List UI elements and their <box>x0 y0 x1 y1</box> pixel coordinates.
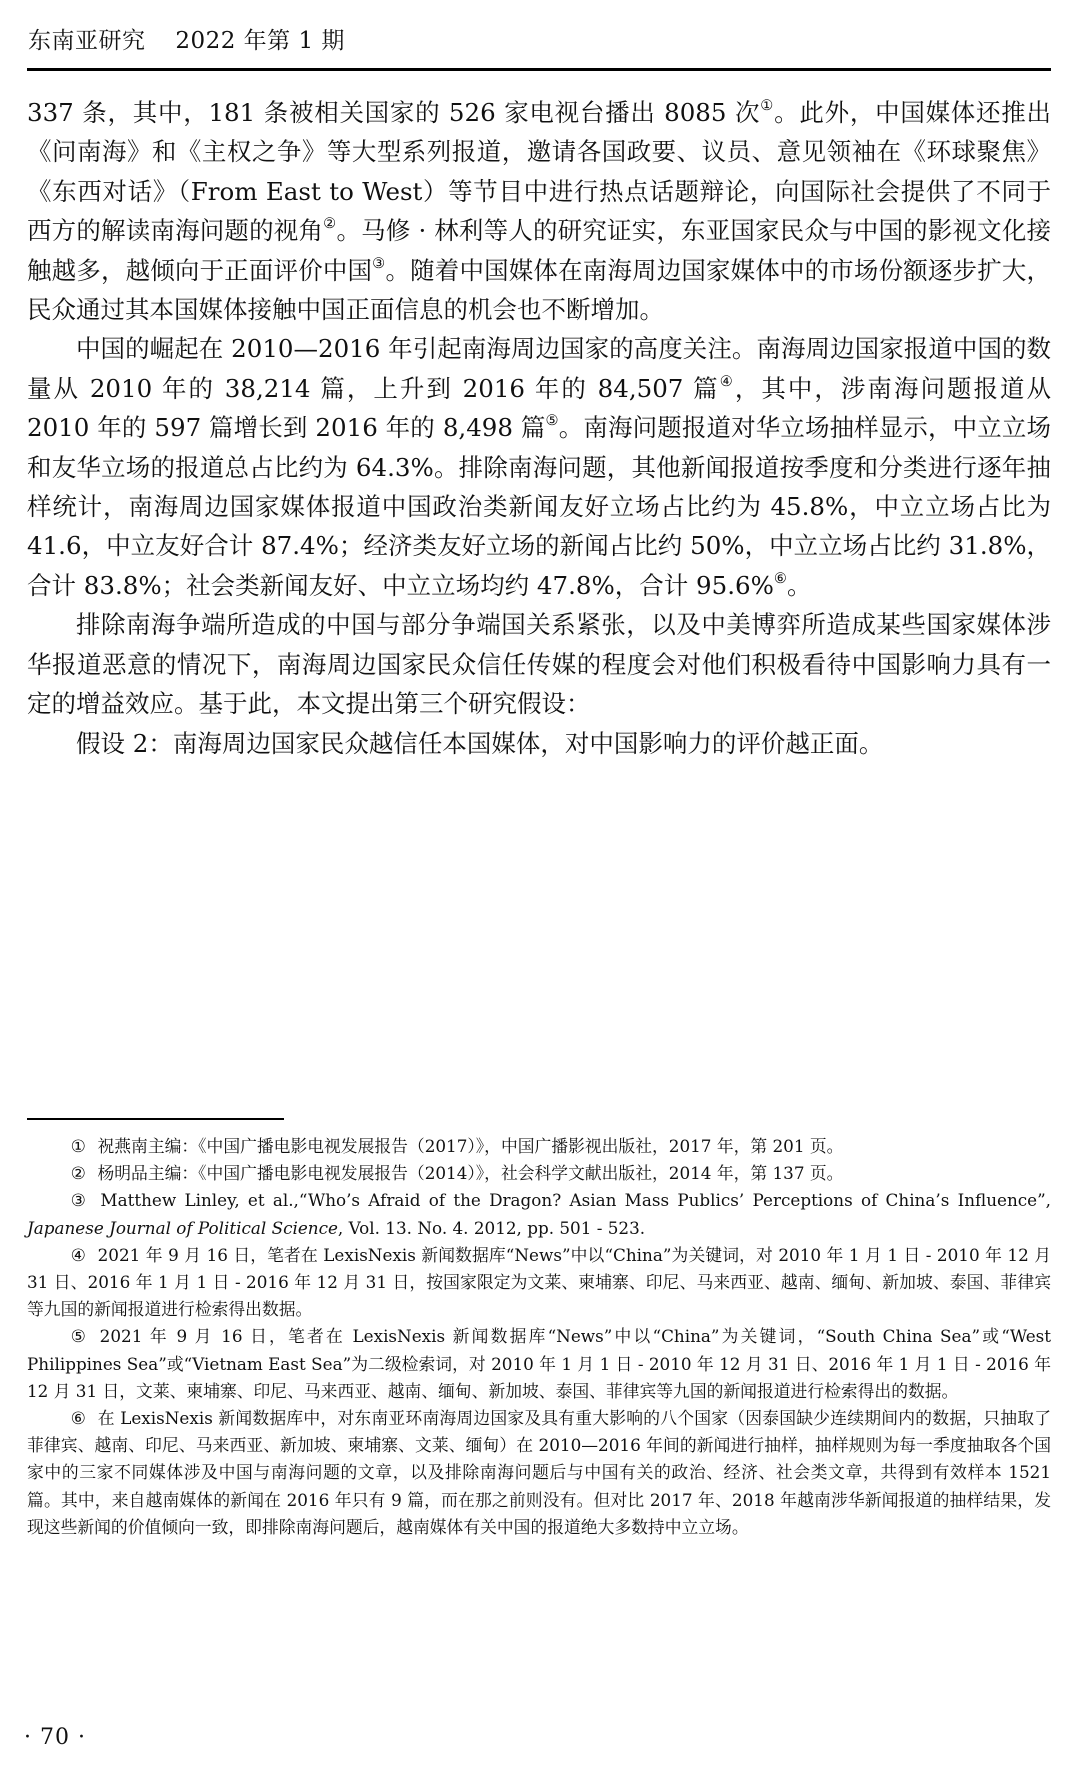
text-run: 排除南海争端所造成的中国与部分争端国关系紧张，以及中美博弈所造成某些国家媒体涉华… <box>27 610 1051 718</box>
header-rule <box>27 68 1051 71</box>
italic-title: Japanese Journal of Political Science <box>27 1218 338 1238</box>
footnote-marker: ⑥ <box>71 1408 86 1428</box>
footnote-marker: ③ <box>71 1190 89 1210</box>
page-number: · 70 · <box>24 1725 86 1750</box>
text-run: 2021 年 9 月 16 日，笔者在 LexisNexis 新闻数据库“New… <box>27 1245 1051 1319</box>
footnote-marker: ① <box>71 1136 86 1156</box>
text-run: 2021 年 9 月 16 日，笔者在 LexisNexis 新闻数据库“New… <box>27 1326 1051 1400</box>
footnote-marker: ⑤ <box>71 1326 88 1346</box>
footnote-reference[interactable]: ③ <box>372 255 385 272</box>
text-run: 337 条，其中，181 条被相关国家的 526 家电视台播出 8085 次 <box>27 98 760 127</box>
text-run: 假设 2：南海周边国家民众越信任本国媒体，对中国影响力的评价越正面。 <box>76 729 883 758</box>
footnote-reference[interactable]: ⑥ <box>774 570 787 587</box>
footnote: ②杨明品主编：《中国广播电影电视发展报告（2014）》，社会科学文献出版社，20… <box>27 1160 1051 1187</box>
footnote: ①祝燕南主编：《中国广播电影电视发展报告（2017）》，中国广播影视出版社，20… <box>27 1133 1051 1160</box>
text-run: , Vol. 13. No. 4. 2012, pp. 501 - 523. <box>338 1218 645 1238</box>
text-run: Matthew Linley, et al.,“Who’s Afraid of … <box>100 1190 1051 1210</box>
text-run: 在 LexisNexis 新闻数据库中，对东南亚环南海周边国家及具有重大影响的八… <box>27 1408 1051 1537</box>
footnote-marker: ④ <box>71 1245 86 1265</box>
footnote-reference[interactable]: ④ <box>720 373 735 390</box>
body-paragraph: 假设 2：南海周边国家民众越信任本国媒体，对中国影响力的评价越正面。 <box>27 724 1051 763</box>
footnote: ⑤2021 年 9 月 16 日，笔者在 LexisNexis 新闻数据库“Ne… <box>27 1323 1051 1405</box>
body-paragraph: 排除南海争端所造成的中国与部分争端国关系紧张，以及中美博弈所造成某些国家媒体涉华… <box>27 605 1051 723</box>
footnote-reference[interactable]: ⑤ <box>545 412 558 429</box>
footnote: ④2021 年 9 月 16 日，笔者在 LexisNexis 新闻数据库“Ne… <box>27 1242 1051 1324</box>
text-run: 祝燕南主编：《中国广播电影电视发展报告（2017）》，中国广播影视出版社，201… <box>97 1136 843 1156</box>
journal-page: 东南亚研究 2022 年第 1 期 337 条，其中，181 条被相关国家的 5… <box>0 0 1078 1775</box>
footnote: ⑥在 LexisNexis 新闻数据库中，对东南亚环南海周边国家及具有重大影响的… <box>27 1405 1051 1541</box>
footnotes: ①祝燕南主编：《中国广播电影电视发展报告（2017）》，中国广播影视出版社，20… <box>27 1133 1051 1541</box>
footnote-reference[interactable]: ① <box>760 97 774 114</box>
text-run: 杨明品主编：《中国广播电影电视发展报告（2014）》，社会科学文献出版社，201… <box>97 1163 843 1183</box>
body-text: 337 条，其中，181 条被相关国家的 526 家电视台播出 8085 次①。… <box>27 93 1051 763</box>
running-head: 东南亚研究 2022 年第 1 期 <box>28 22 345 55</box>
footnote-reference[interactable]: ② <box>323 215 336 232</box>
body-paragraph: 中国的崛起在 2010—2016 年引起南海周边国家的高度关注。南海周边国家报道… <box>27 329 1051 605</box>
journal-title: 东南亚研究 <box>28 28 146 54</box>
text-run: 。 <box>787 571 812 600</box>
footnote-marker: ② <box>71 1163 86 1183</box>
footnote-separator <box>27 1118 284 1120</box>
journal-issue: 2022 年第 1 期 <box>175 28 345 54</box>
footnote: ③Matthew Linley, et al.,“Who’s Afraid of… <box>27 1187 1051 1241</box>
body-paragraph: 337 条，其中，181 条被相关国家的 526 家电视台播出 8085 次①。… <box>27 93 1051 329</box>
